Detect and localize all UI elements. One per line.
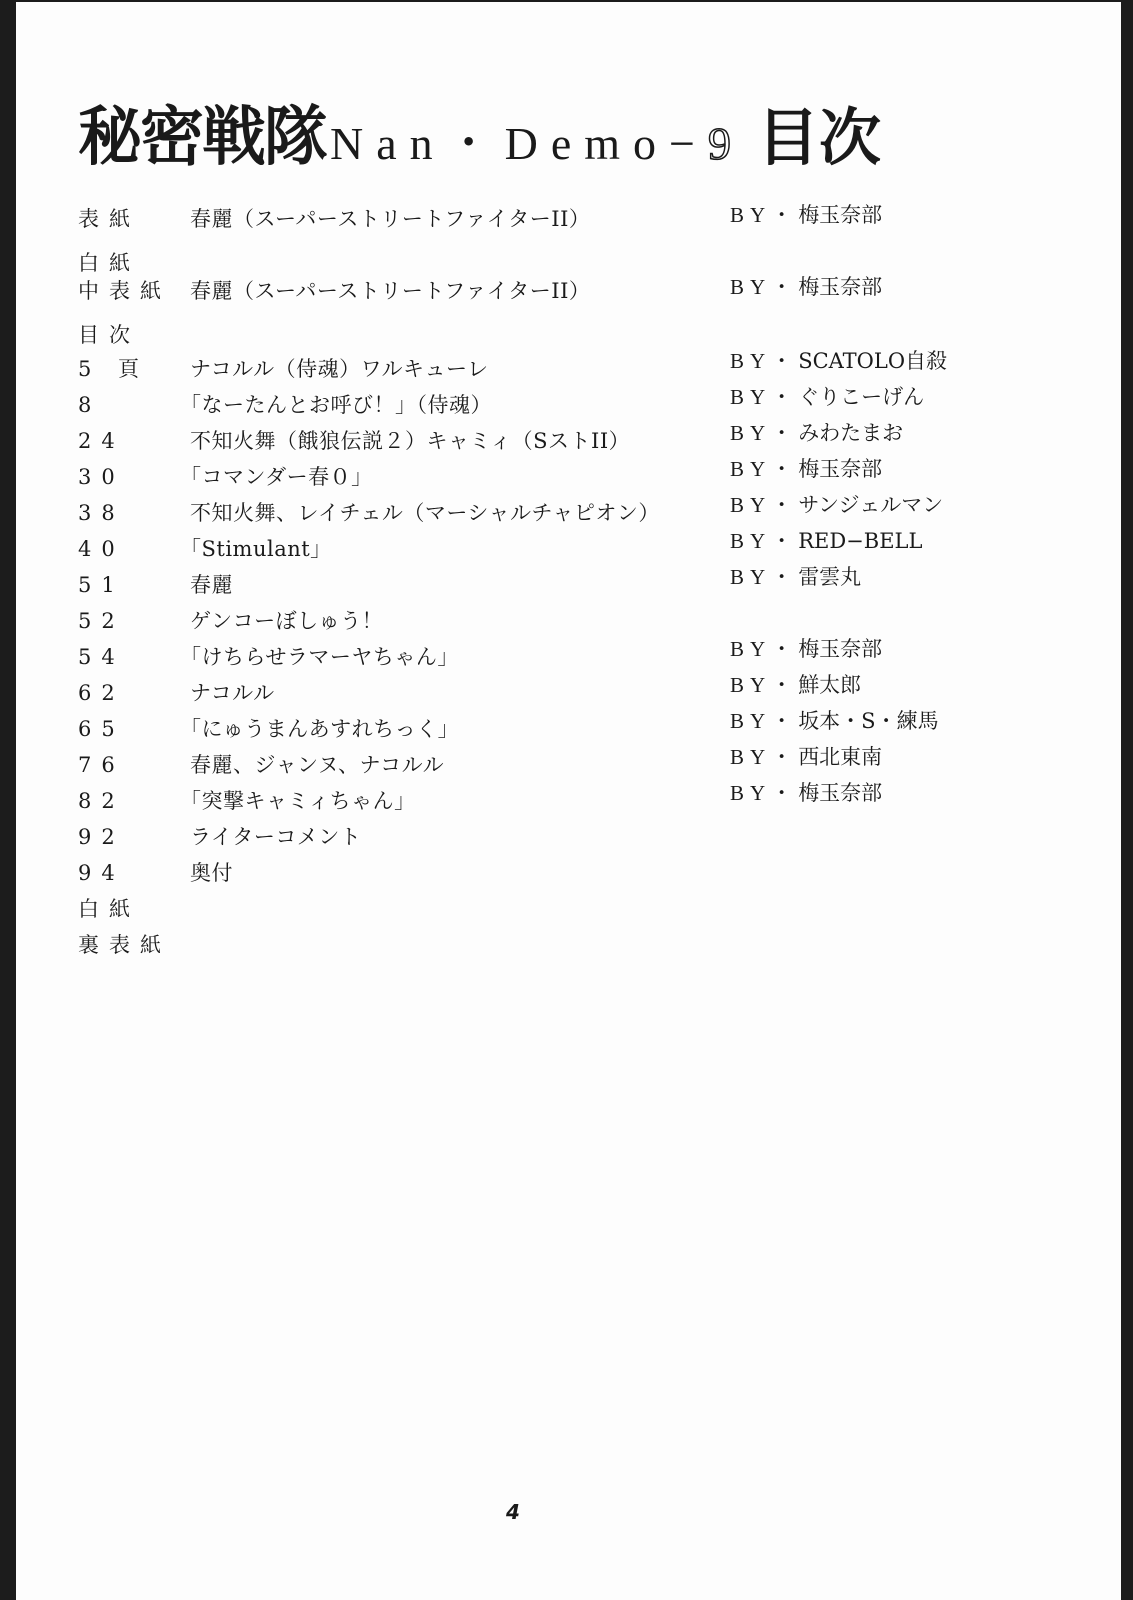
toc-page: 裏表紙 [78,928,171,962]
by-prefix: BY・ [730,637,798,661]
toc-author-row: BY・鮮太郎 [16,668,1121,702]
toc-author-row: BY・梅玉奈部 [16,632,1121,666]
toc-title: ライターコメント [190,820,361,854]
author-name: RED−BELL [798,529,922,553]
toc-author-row: BY・坂本・S・練馬 [16,704,1121,738]
by-prefix: BY・ [730,529,798,553]
toc-author: BY・SCATOLO自殺 [730,344,947,378]
toc-author: BY・梅玉奈部 [730,632,882,666]
author-name: 梅玉奈部 [798,275,882,299]
author-name: ぐりこーげん [798,385,924,409]
toc-author: BY・雷雲丸 [730,560,861,594]
toc-author: BY・鮮太郎 [730,668,861,702]
toc-author: BY・梅玉奈部 [730,776,882,810]
toc-author: BY・西北東南 [730,740,882,774]
toc-page: 92 [78,820,125,854]
toc-author-row: BY・梅玉奈部 [16,270,1121,304]
author-name: 梅玉奈部 [798,637,882,661]
author-name: 雷雲丸 [798,565,861,589]
by-prefix: BY・ [730,385,798,409]
by-prefix: BY・ [730,565,798,589]
toc-entry: 白紙 [16,892,1121,926]
author-name: 梅玉奈部 [798,457,882,481]
toc-author: BY・梅玉奈部 [730,198,882,232]
toc-author: BY・みわたまお [730,416,903,450]
toc-page: 94 [78,856,125,890]
title-suffix: 目次 [757,98,881,178]
by-prefix: BY・ [730,709,798,733]
toc-author: BY・RED−BELL [730,524,922,558]
document-page: 秘密戦隊 Nan・Demo− 9 目次 表紙春麗（スーパーストリートファイターI… [16,2,1121,1600]
by-prefix: BY・ [730,493,798,517]
toc-page: 白紙 [78,892,140,926]
by-prefix: BY・ [730,745,798,769]
title-issue-number: 9 [708,114,731,174]
toc-author-row: BY・梅玉奈部 [16,776,1121,810]
author-name: 坂本・S・練馬 [798,709,938,733]
page-number: 4 [506,1500,520,1524]
author-name: 鮮太郎 [798,673,861,697]
toc-author: BY・梅玉奈部 [730,270,882,304]
toc-author: BY・ぐりこーげん [730,380,924,414]
toc-author-row: BY・梅玉奈部 [16,452,1121,486]
author-name: 梅玉奈部 [798,203,882,227]
by-prefix: BY・ [730,275,798,299]
by-prefix: BY・ [730,349,798,373]
by-prefix: BY・ [730,421,798,445]
toc-author-row: BY・ぐりこーげん [16,380,1121,414]
toc-author-row: BY・西北東南 [16,740,1121,774]
toc-author-row: BY・雷雲丸 [16,560,1121,594]
toc-author-row: BY・サンジェルマン [16,488,1121,522]
author-name: 西北東南 [798,745,882,769]
author-name: SCATOLO自殺 [798,349,947,373]
toc-author-row: BY・RED−BELL [16,524,1121,558]
by-prefix: BY・ [730,457,798,481]
toc-author-row: BY・梅玉奈部 [16,198,1121,232]
by-prefix: BY・ [730,203,798,227]
by-prefix: BY・ [730,781,798,805]
author-name: 梅玉奈部 [798,781,882,805]
toc-entry: 94奥付 [16,856,1121,890]
title-latin: Nan・Demo− [330,114,708,174]
toc-author-row: BY・SCATOLO自殺 [16,344,1121,378]
toc-author-row: BY・みわたまお [16,416,1121,450]
toc-author: BY・坂本・S・練馬 [730,704,939,738]
toc-author: BY・梅玉奈部 [730,452,882,486]
toc-title: 奥付 [190,856,233,890]
by-prefix: BY・ [730,673,798,697]
toc-author: BY・サンジェルマン [730,488,943,522]
toc-entry: 裏表紙 [16,928,1121,962]
toc-entry: 92ライターコメント [16,820,1121,854]
page-title: 秘密戦隊 Nan・Demo− 9 目次 [78,88,881,178]
title-kanji: 秘密戦隊 [78,98,326,178]
author-name: みわたまお [798,421,903,445]
author-name: サンジェルマン [798,493,943,517]
